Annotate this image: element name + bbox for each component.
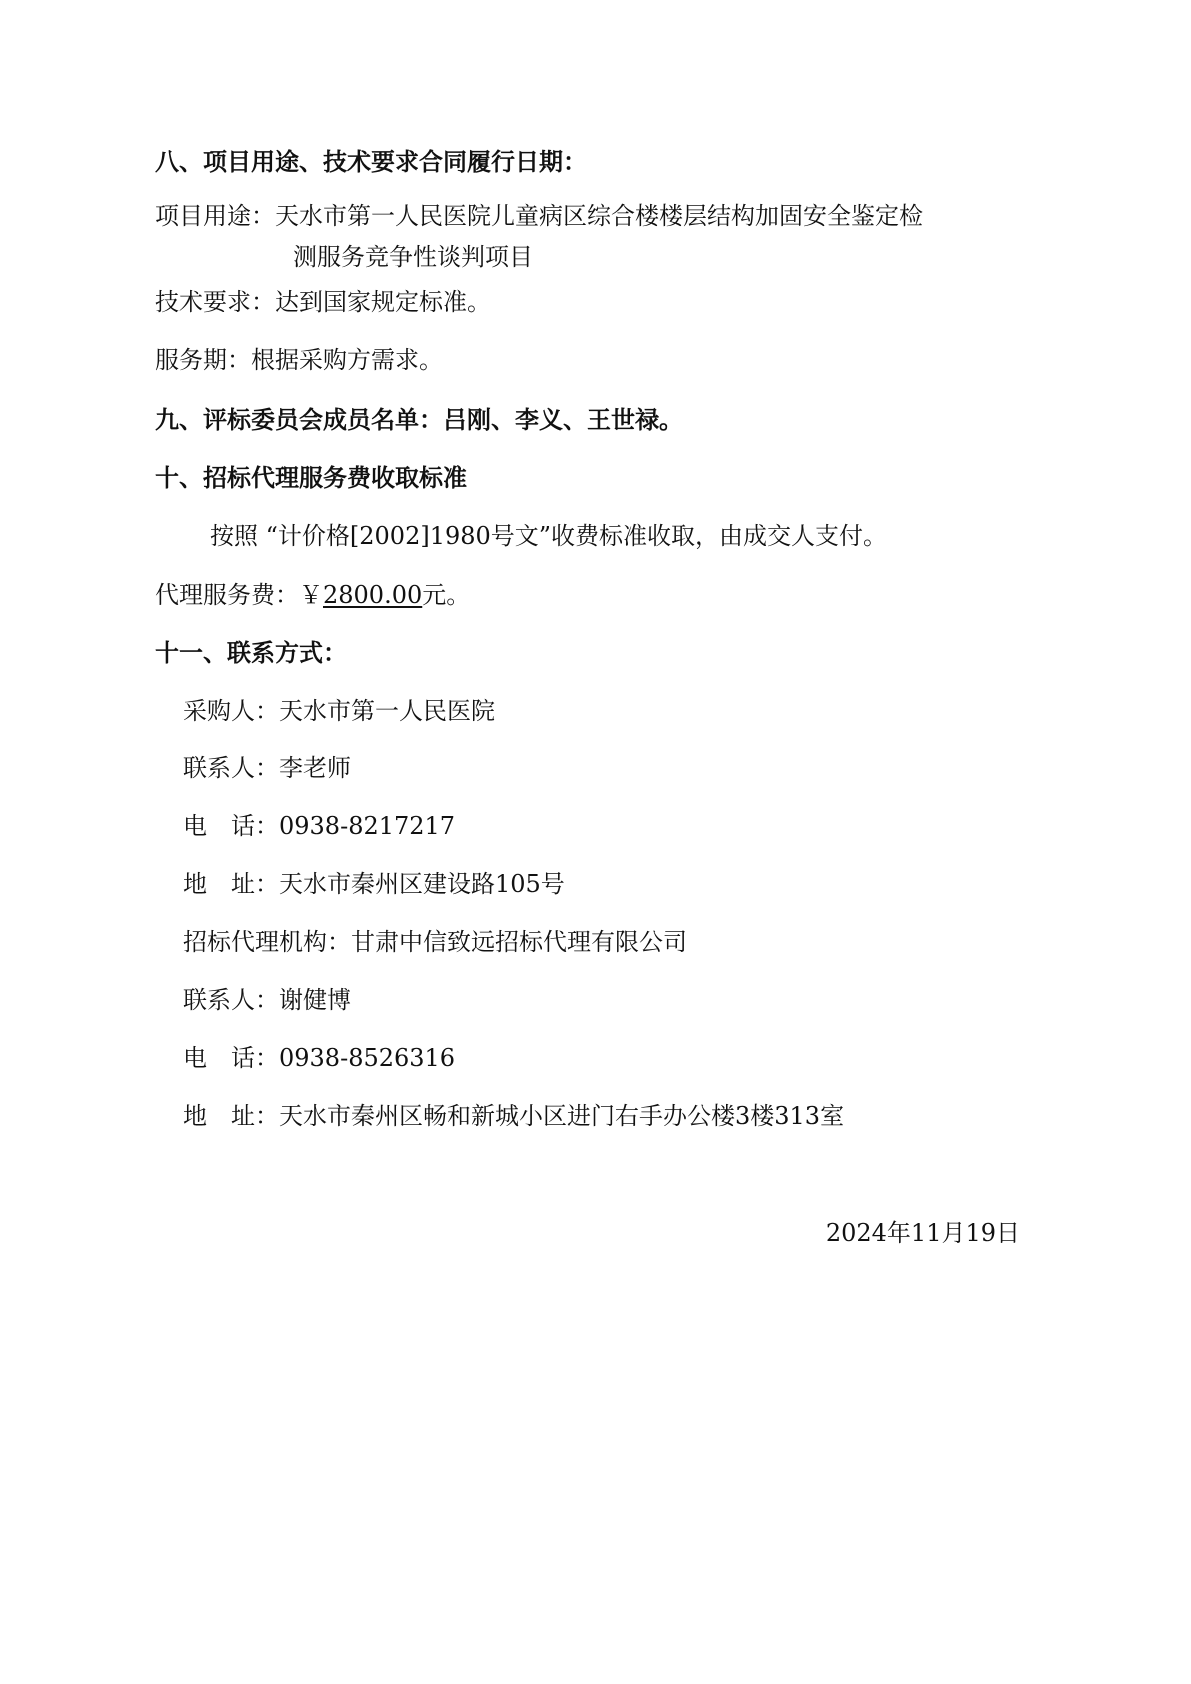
purchaser-address-label-a: 地 xyxy=(183,870,207,898)
agency-row: 招标代理机构：甘肃中信致远招标代理有限公司 xyxy=(183,927,687,957)
agency-label: 招标代理机构： xyxy=(183,928,351,956)
purchaser-row: 采购人：天水市第一人民医院 xyxy=(183,696,495,726)
purchaser-address-value: 天水市秦州区建设路105号 xyxy=(279,870,565,898)
purchaser-phone-label-b: 话： xyxy=(231,812,279,840)
document-page: 八、项目用途、技术要求合同履行日期： 项目用途：天水市第一人民医院儿童病区综合楼… xyxy=(0,0,1191,1684)
agency-phone-value: 0938-8526316 xyxy=(279,1044,455,1072)
agency-contact-label: 联系人： xyxy=(183,986,279,1014)
section-11-heading: 十一、联系方式： xyxy=(155,638,347,668)
purchaser-address-row: 地址：天水市秦州区建设路105号 xyxy=(183,869,565,899)
agency-fee-suffix: 元。 xyxy=(422,581,470,609)
agency-value: 甘肃中信致远招标代理有限公司 xyxy=(351,928,687,956)
purchaser-phone-label-a: 电 xyxy=(183,812,207,840)
currency-symbol: ￥ xyxy=(299,581,323,609)
section-8-heading: 八、项目用途、技术要求合同履行日期： xyxy=(155,147,587,177)
agency-fee-amount: 2800.00 xyxy=(323,581,422,609)
purchaser-contact-value: 李老师 xyxy=(279,754,351,782)
agency-phone-row: 电话：0938-8526316 xyxy=(183,1043,455,1073)
agency-phone-label-a: 电 xyxy=(183,1044,207,1072)
agency-phone-label-b: 话： xyxy=(231,1044,279,1072)
agency-contact-row: 联系人：谢健博 xyxy=(183,985,351,1015)
purchaser-value: 天水市第一人民医院 xyxy=(279,697,495,725)
tech-requirements-row: 技术要求：达到国家规定标准。 xyxy=(155,287,491,317)
section-10-heading: 十、招标代理服务费收取标准 xyxy=(155,463,467,493)
section-9-heading: 九、评标委员会成员名单：吕刚、李义、王世禄。 xyxy=(155,405,683,435)
purchaser-contact-row: 联系人：李老师 xyxy=(183,753,351,783)
project-purpose-value-line1: 天水市第一人民医院儿童病区综合楼楼层结构加固安全鉴定检 xyxy=(275,202,923,230)
document-date: 2024年11月19日 xyxy=(826,1218,1020,1248)
service-period-value: 根据采购方需求。 xyxy=(251,346,443,374)
agency-address-value: 天水市秦州区畅和新城小区进门右手办公楼3楼313室 xyxy=(279,1102,844,1130)
purchaser-contact-label: 联系人： xyxy=(183,754,279,782)
project-purpose-label: 项目用途： xyxy=(155,202,275,230)
purchaser-phone-row: 电话：0938-8217217 xyxy=(183,811,455,841)
purchaser-address-label-b: 址： xyxy=(231,870,279,898)
agency-fee-label: 代理服务费： xyxy=(155,581,299,609)
purchaser-label: 采购人： xyxy=(183,697,279,725)
agency-contact-value: 谢健博 xyxy=(279,986,351,1014)
agency-address-row: 地址：天水市秦州区畅和新城小区进门右手办公楼3楼313室 xyxy=(183,1101,844,1131)
tech-requirements-label: 技术要求： xyxy=(155,288,275,316)
project-purpose-value-line2: 测服务竞争性谈判项目 xyxy=(293,242,533,272)
fee-basis-text: 按照 “计价格[2002]1980号文”收费标准收取，由成交人支付。 xyxy=(210,521,887,551)
tech-requirements-value: 达到国家规定标准。 xyxy=(275,288,491,316)
purchaser-phone-value: 0938-8217217 xyxy=(279,812,455,840)
agency-address-label-a: 地 xyxy=(183,1102,207,1130)
agency-fee-row: 代理服务费：￥2800.00元。 xyxy=(155,580,470,610)
service-period-label: 服务期： xyxy=(155,346,251,374)
project-purpose-row: 项目用途：天水市第一人民医院儿童病区综合楼楼层结构加固安全鉴定检 xyxy=(155,201,923,231)
service-period-row: 服务期：根据采购方需求。 xyxy=(155,345,443,375)
agency-address-label-b: 址： xyxy=(231,1102,279,1130)
